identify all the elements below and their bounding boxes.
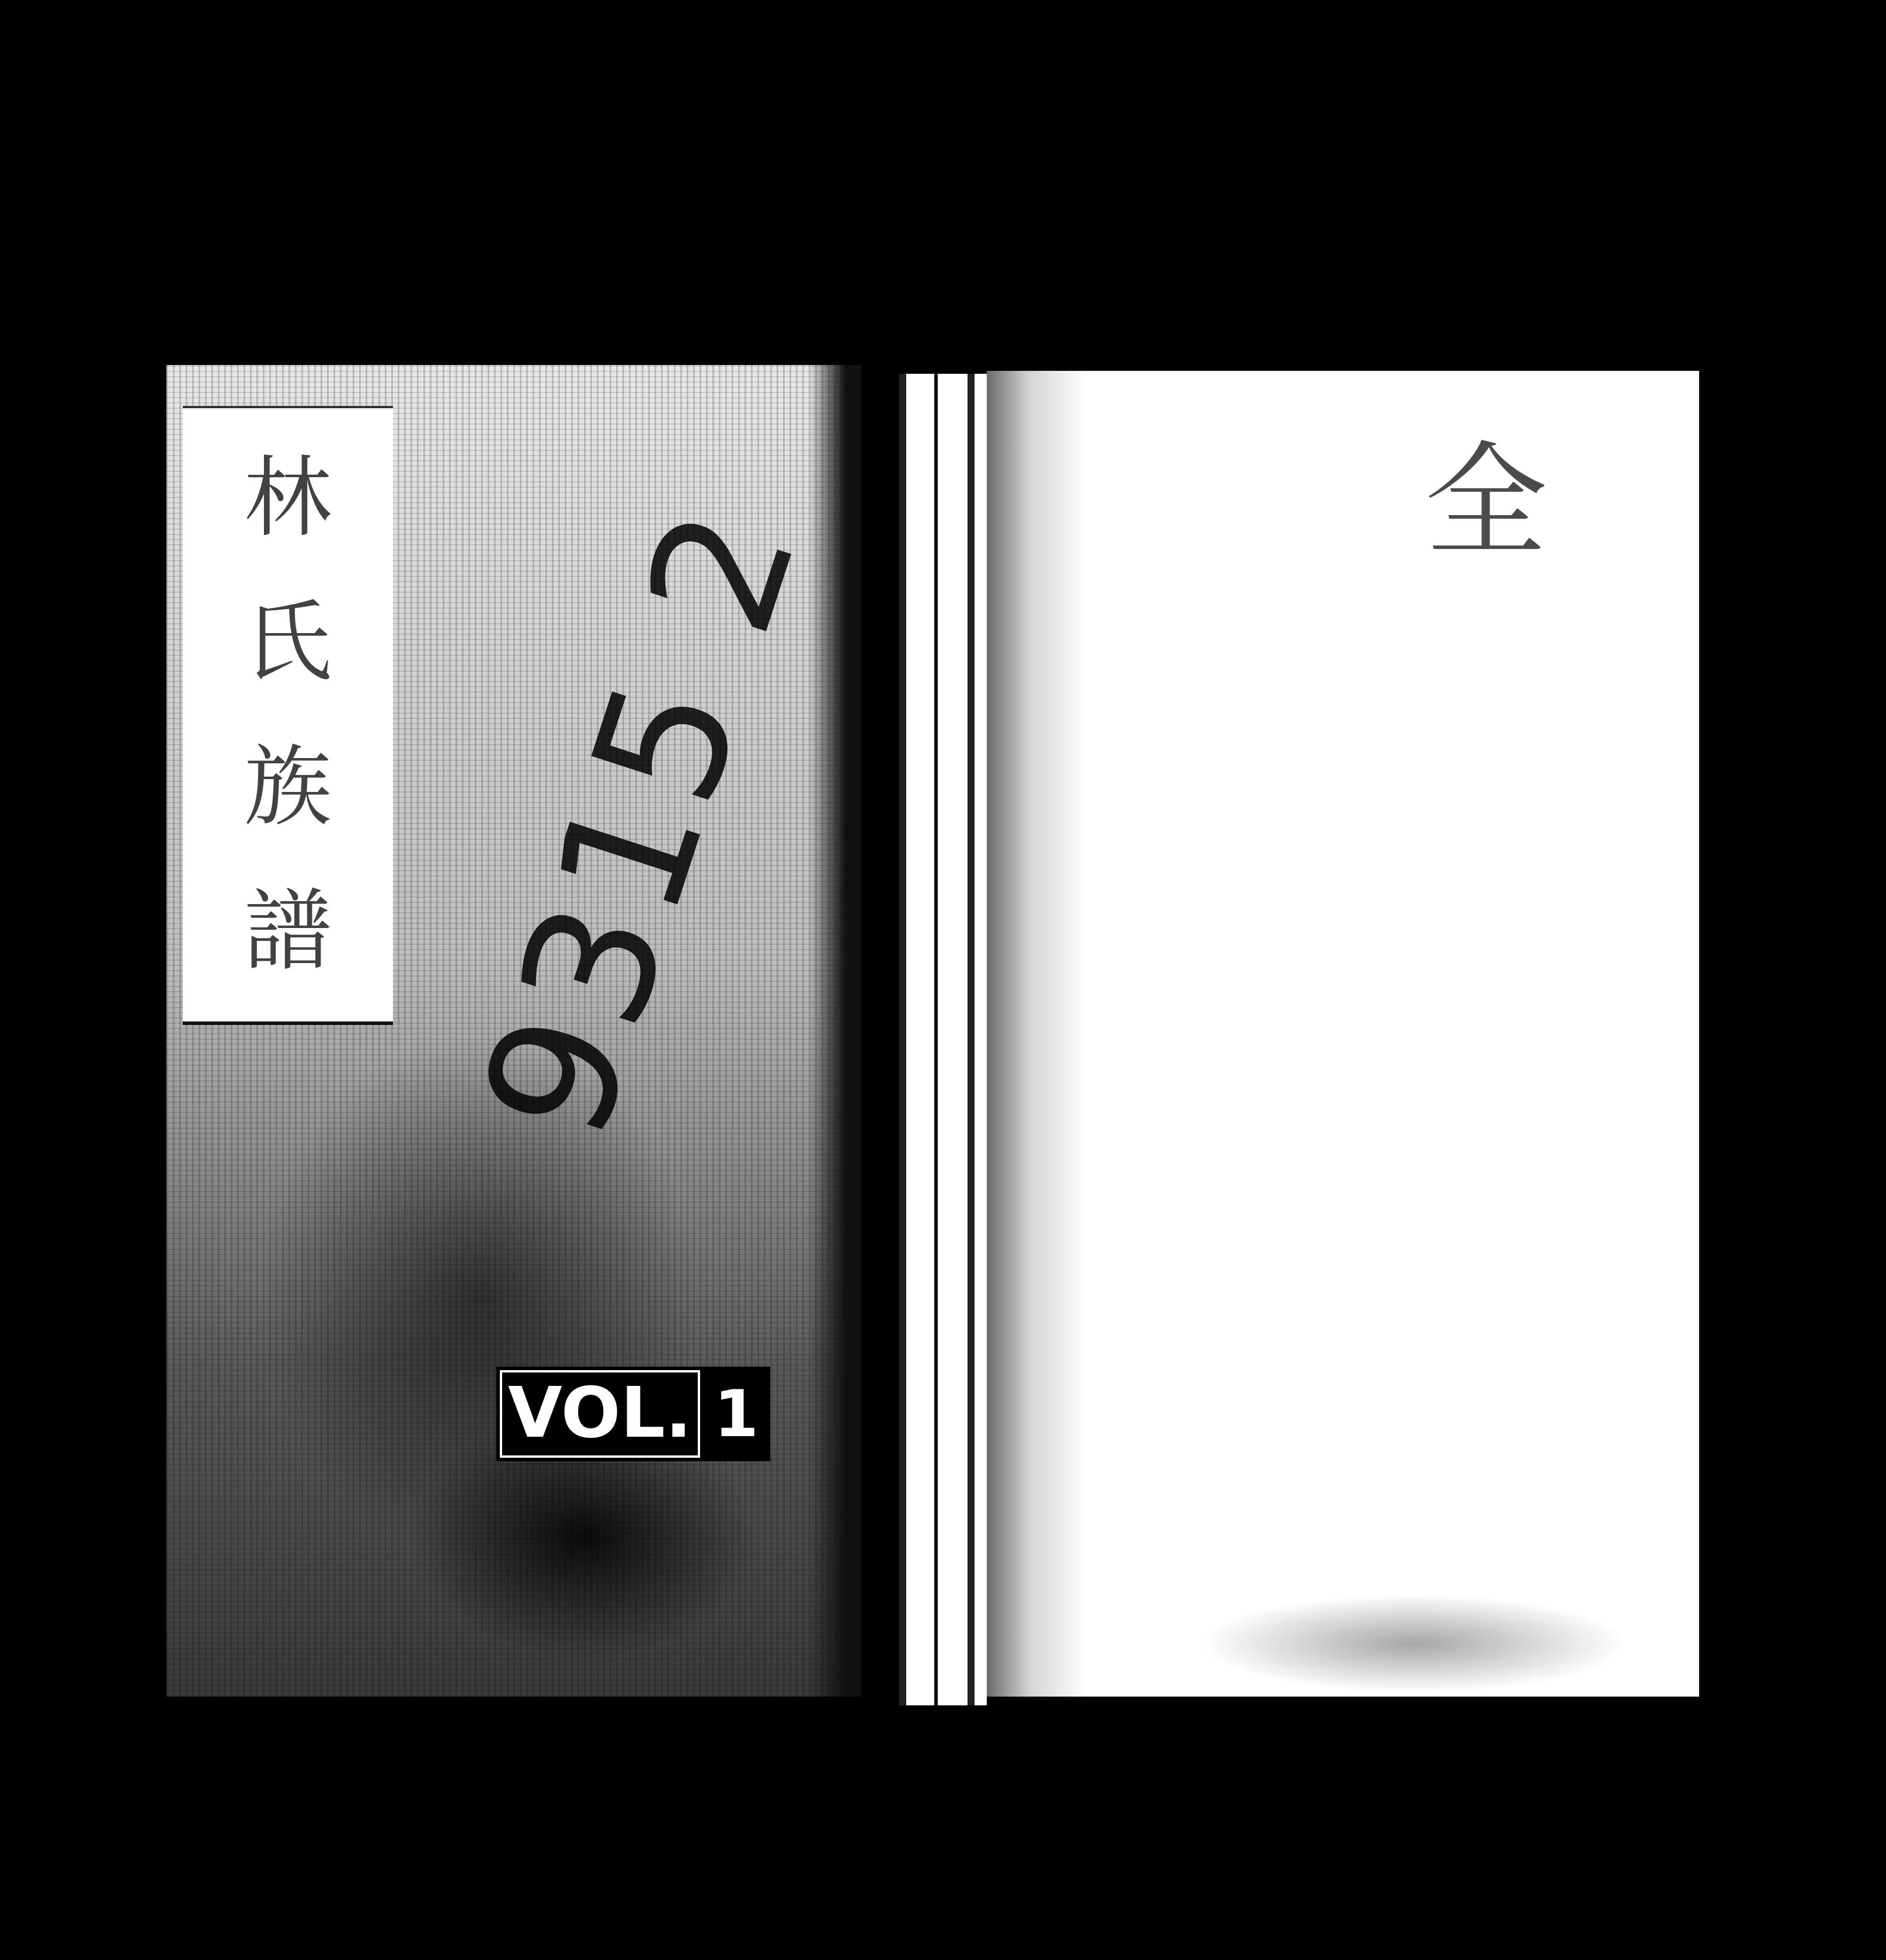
back-cover-faint-character: 全 — [1425, 403, 1547, 579]
back-cover — [987, 371, 1699, 1697]
volume-prefix: VOL. — [500, 1370, 700, 1458]
title-char: 氏 — [244, 599, 332, 686]
book-spine — [899, 374, 987, 1705]
volume-number: 1 — [706, 1370, 767, 1458]
scan-background: 林 氏 族 譜 9315 2 VOL. 1 全 — [0, 0, 1886, 1960]
title-char: 林 — [244, 454, 332, 542]
title-label: 林 氏 族 譜 — [183, 406, 393, 1025]
title-char: 族 — [244, 743, 332, 831]
title-char: 譜 — [244, 888, 332, 975]
volume-label: VOL. 1 — [496, 1367, 770, 1461]
